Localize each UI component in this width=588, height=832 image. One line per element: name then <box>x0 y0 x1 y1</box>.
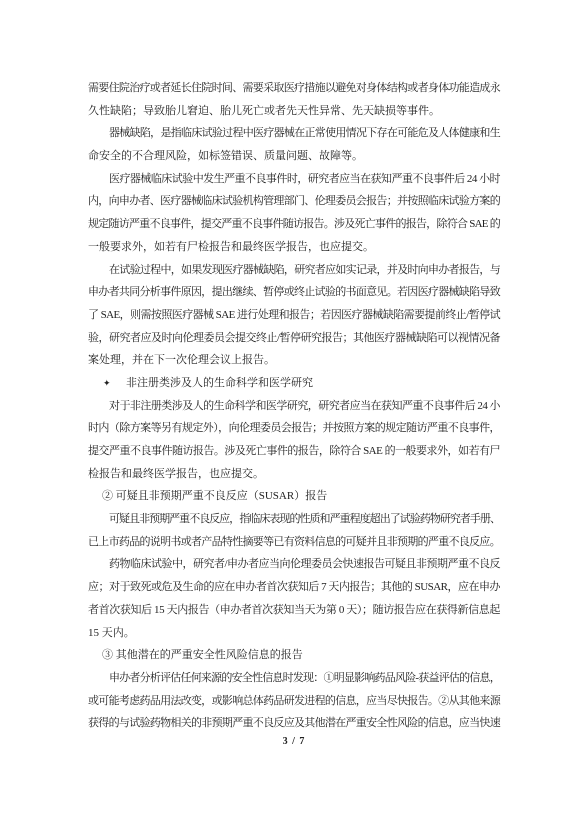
line-text: 久性缺陷；导致胎儿窘迫、胎儿死亡或者先天性异常、先天缺损等事件。 <box>88 105 440 117</box>
line-text: 时内（除方案等另有规定外），向伦理委员会报告；并按照方案的规定随访严重不良事件， <box>88 422 500 434</box>
line-text: 已上市药品的说明书或者产品特性摘要等已有资料信息的可疑并且非预期的严重不良反应。 <box>88 536 500 548</box>
line-text: 对于非注册类涉及人的生命科学和医学研究，研究者应当在获知严重不良事件后 24 小 <box>109 400 500 412</box>
line-text: 申办者共同分析事件原因，提出继续、暂停或终止试验的书面意见。若因医疗器械缺陷导致 <box>88 286 500 298</box>
text-line: 内，向申办者、医疗器械临床试验机构管理部门、伦理委员会报告；并按照临床试验方案的 <box>88 190 500 213</box>
bullet-icon: ✦ <box>103 372 113 395</box>
line-text: 药物临床试验中，研究者/申办者应当向伦理委员会快速报告可疑且非预期严重不良反 <box>109 558 500 570</box>
line-text: 案处理，并在下一次伦理会议上报告。 <box>88 354 275 366</box>
text-line: 可疑且非预期严重不良反应，指临床表现的性质和严重程度超出了试验药物研究者手册、 <box>88 508 500 531</box>
line-text: 规定随访严重不良事件，提交严重不良事件随访报告。涉及死亡事件的报告，除符合 SA… <box>88 218 500 230</box>
text-line: ③ 其他潜在的严重安全性风险信息的报告 <box>88 644 500 667</box>
line-text: 提交严重不良事件随访报告。涉及死亡事件的报告，除符合 SAE 的一般要求外，如若… <box>88 445 500 457</box>
line-text: 验，研究者应及时向伦理委员会提交终止/暂停研究报告；其他医疗器械缺陷可以视情况备 <box>88 332 500 344</box>
line-text: ② 可疑且非预期严重不良反应（SUSAR）报告 <box>102 490 327 502</box>
text-line: 或可能考虑药品用法改变，或影响总体药品研发进程的信息，应当尽快报告。②从其他来源 <box>88 690 500 713</box>
text-line: 久性缺陷；导致胎儿窘迫、胎儿死亡或者先天性异常、先天缺损等事件。 <box>88 100 500 123</box>
line-text: 在试验过程中，如果发现医疗器械缺陷，研究者应如实记录，并及时向申办者报告，与 <box>109 264 500 276</box>
text-line: 检报告和最终医学报告，也应提交。 <box>88 463 500 486</box>
text-line: 获得的与试验药物相关的非预期严重不良反应及其他潜在严重安全性风险的信息，应当快速 <box>88 712 500 735</box>
text-line: 药物临床试验中，研究者/申办者应当向伦理委员会快速报告可疑且非预期严重不良反 <box>88 553 500 576</box>
text-line: 案处理，并在下一次伦理会议上报告。 <box>88 349 500 372</box>
line-text: 一般要求外，如若有尸检报告和最终医学报告，也应提交。 <box>88 241 374 253</box>
line-text: ③ 其他潜在的严重安全性风险信息的报告 <box>102 649 303 661</box>
document-page: 需要住院治疗或者延长住院时间、需要采取医疗措施以避免对身体结构或者身体功能造成永… <box>0 0 588 832</box>
line-text: 申办者分析评估任何来源的安全性信息时发现：①明显影响药品风险-获益评估的信息， <box>109 672 500 684</box>
text-line: 对于非注册类涉及人的生命科学和医学研究，研究者应当在获知严重不良事件后 24 小 <box>88 395 500 418</box>
bullet-line: ✦非注册类涉及人的生命科学和医学研究 <box>88 372 500 395</box>
line-text: 获得的与试验药物相关的非预期严重不良反应及其他潜在严重安全性风险的信息，应当快速 <box>88 717 500 729</box>
text-line: 提交严重不良事件随访报告。涉及死亡事件的报告，除符合 SAE 的一般要求外，如若… <box>88 440 500 463</box>
line-text: 非注册类涉及人的生命科学和医学研究 <box>126 377 313 389</box>
text-line: 申办者分析评估任何来源的安全性信息时发现：①明显影响药品风险-获益评估的信息， <box>88 667 500 690</box>
text-line: 需要住院治疗或者延长住院时间、需要采取医疗措施以避免对身体结构或者身体功能造成永 <box>88 77 500 100</box>
text-line: 规定随访严重不良事件，提交严重不良事件随访报告。涉及死亡事件的报告，除符合 SA… <box>88 213 500 236</box>
line-text: 应；对于致死或危及生命的应在申办者首次获知后 7 天内报告；其他的 SUSAR，… <box>88 581 500 593</box>
line-text: 检报告和最终医学报告，也应提交。 <box>88 468 264 480</box>
text-line: 器械缺陷，是指临床试验过程中医疗器械在正常使用情况下存在可能危及人体健康和生 <box>88 122 500 145</box>
document-lines: 需要住院治疗或者延长住院时间、需要采取医疗措施以避免对身体结构或者身体功能造成永… <box>88 77 500 735</box>
line-text: 器械缺陷，是指临床试验过程中医疗器械在正常使用情况下存在可能危及人体健康和生 <box>109 127 500 139</box>
text-line: 验，研究者应及时向伦理委员会提交终止/暂停研究报告；其他医疗器械缺陷可以视情况备 <box>88 327 500 350</box>
text-line: 医疗器械临床试验中发生严重不良事件时，研究者应当在获知严重不良事件后 24 小时 <box>88 168 500 191</box>
line-text: 者首次获知后 15 天内报告（申办者首次获知当天为第 0 天）；随访报告应在获得… <box>88 604 500 616</box>
text-line: 了 SAE，则需按照医疗器械 SAE 进行处理和报告；若因医疗器械缺陷需要提前终… <box>88 304 500 327</box>
text-line: 申办者共同分析事件原因，提出继续、暂停或终止试验的书面意见。若因医疗器械缺陷导致 <box>88 281 500 304</box>
line-text: 了 SAE，则需按照医疗器械 SAE 进行处理和报告；若因医疗器械缺陷需要提前终… <box>88 309 500 321</box>
line-text: 15 天内。 <box>88 627 135 639</box>
text-line: 在试验过程中，如果发现医疗器械缺陷，研究者应如实记录，并及时向申办者报告，与 <box>88 259 500 282</box>
text-line: 时内（除方案等另有规定外），向伦理委员会报告；并按照方案的规定随访严重不良事件， <box>88 417 500 440</box>
line-text: 可疑且非预期严重不良反应，指临床表现的性质和严重程度超出了试验药物研究者手册、 <box>109 513 500 525</box>
text-line: ② 可疑且非预期严重不良反应（SUSAR）报告 <box>88 485 500 508</box>
text-line: 15 天内。 <box>88 622 500 645</box>
line-text: 医疗器械临床试验中发生严重不良事件时，研究者应当在获知严重不良事件后 24 小时 <box>109 173 500 185</box>
page-number: 3 / 7 <box>88 736 500 747</box>
text-line: 者首次获知后 15 天内报告（申办者首次获知当天为第 0 天）；随访报告应在获得… <box>88 599 500 622</box>
text-line: 应；对于致死或危及生命的应在申办者首次获知后 7 天内报告；其他的 SUSAR，… <box>88 576 500 599</box>
line-text: 或可能考虑药品用法改变，或影响总体药品研发进程的信息，应当尽快报告。②从其他来源 <box>88 695 500 707</box>
text-line: 一般要求外，如若有尸检报告和最终医学报告，也应提交。 <box>88 236 500 259</box>
line-text: 命安全的不合理风险，如标签错误、质量问题、故障等。 <box>88 150 363 162</box>
line-text: 需要住院治疗或者延长住院时间、需要采取医疗措施以避免对身体结构或者身体功能造成永 <box>88 82 500 94</box>
text-line: 命安全的不合理风险，如标签错误、质量问题、故障等。 <box>88 145 500 168</box>
line-text: 内，向申办者、医疗器械临床试验机构管理部门、伦理委员会报告；并按照临床试验方案的 <box>88 195 500 207</box>
text-line: 已上市药品的说明书或者产品特性摘要等已有资料信息的可疑并且非预期的严重不良反应。 <box>88 531 500 554</box>
